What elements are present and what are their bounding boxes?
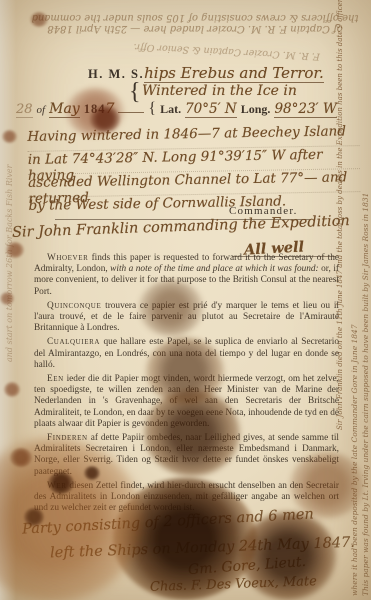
photo-vignette — [0, 0, 371, 600]
victory-point-note: of Captain F. R. M. Crozier landed here … — [0, 0, 371, 600]
